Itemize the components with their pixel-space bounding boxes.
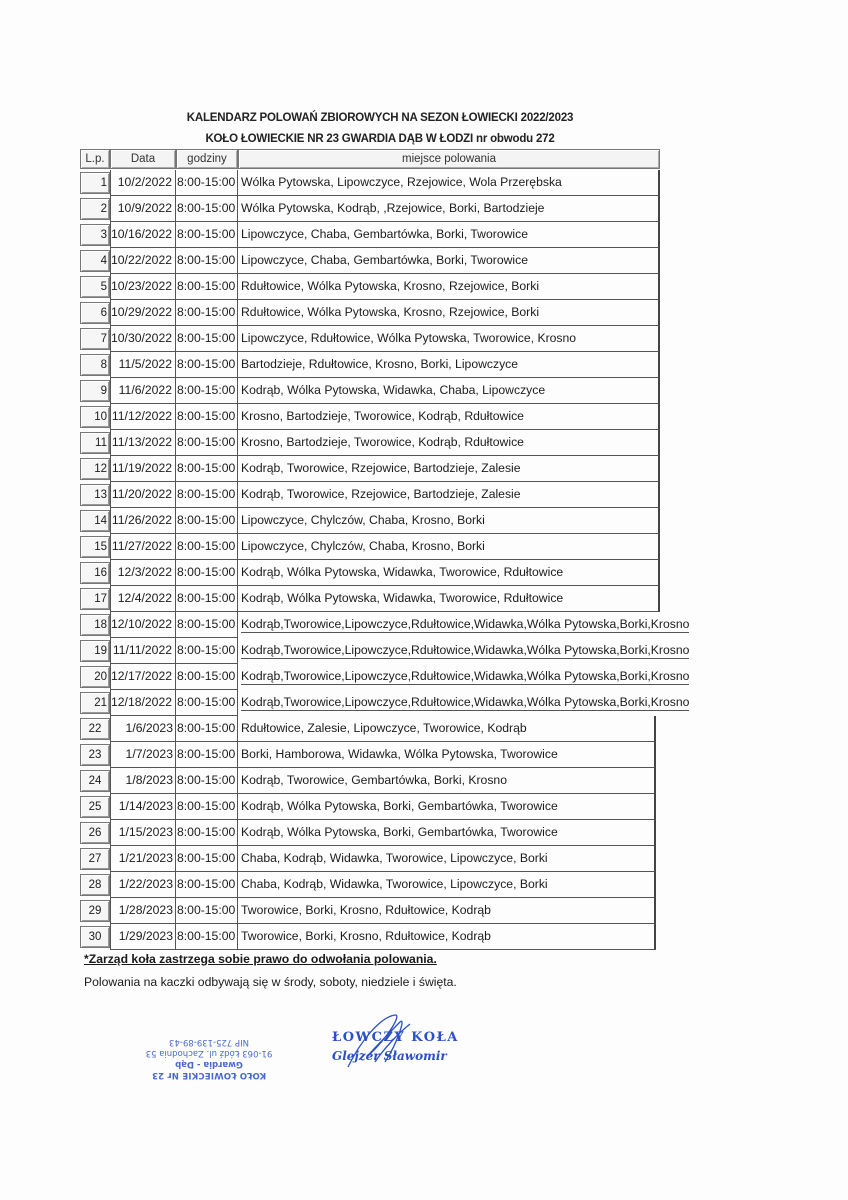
table-row: 1911/11/20228:00-15:00Kodrąb,Tworowice,L…	[80, 638, 678, 664]
signature-name: Glejzer Sławomir	[332, 1049, 459, 1063]
table-row: 811/5/20228:00-15:00Bartodzieje, Rdułtow…	[80, 352, 678, 378]
row-place: Kodrąb,Tworowice,Lipowczyce,Rdułtowice,W…	[238, 664, 678, 690]
table-row: 251/14/20238:00-15:00Kodrąb, Wólka Pytow…	[80, 794, 678, 820]
row-place: Chaba, Kodrąb, Widawka, Tworowice, Lipow…	[238, 872, 656, 898]
row-date: 12/18/2022	[110, 690, 176, 716]
document-page: KALENDARZ POLOWAŃ ZBIOROWYCH NA SEZON ŁO…	[0, 0, 848, 1200]
row-hours: 8:00-15:00	[176, 196, 238, 222]
table-row: 911/6/20228:00-15:00Kodrąb, Wólka Pytows…	[80, 378, 678, 404]
row-date: 11/11/2022	[110, 638, 176, 664]
row-place-text: Kodrąb,Tworowice,Lipowczyce,Rdułtowice,W…	[241, 669, 689, 685]
row-date: 10/23/2022	[110, 274, 176, 300]
table-row: 271/21/20238:00-15:00Chaba, Kodrąb, Wida…	[80, 846, 678, 872]
row-date: 11/19/2022	[110, 456, 176, 482]
row-number: 15	[80, 536, 110, 558]
table-row: 1111/13/20228:00-15:00Krosno, Bartodziej…	[80, 430, 678, 456]
row-hours: 8:00-15:00	[176, 924, 238, 950]
row-hours: 8:00-15:00	[176, 794, 238, 820]
row-number: 10	[80, 406, 110, 428]
signature-title: ŁOWCZY KOŁA	[332, 1030, 459, 1045]
table-row: 510/23/20228:00-15:00Rdułtowice, Wólka P…	[80, 274, 678, 300]
row-hours: 8:00-15:00	[176, 820, 238, 846]
club-stamp: KOŁO ŁOWIECKIE Nr 23 Gwardia - Dąb 91-06…	[134, 1036, 284, 1080]
table-row: 1511/27/20228:00-15:00Lipowczyce, Chylcz…	[80, 534, 678, 560]
row-place: Kodrąb,Tworowice,Lipowczyce,Rdułtowice,W…	[238, 638, 678, 664]
row-date: 11/12/2022	[110, 404, 176, 430]
row-hours: 8:00-15:00	[176, 586, 238, 612]
row-date: 1/28/2023	[110, 898, 176, 924]
row-number: 28	[80, 874, 110, 896]
row-place-text: Kodrąb,Tworowice,Lipowczyce,Rdułtowice,W…	[241, 695, 689, 711]
column-header-hours: godziny	[176, 149, 238, 169]
row-place: Kodrąb, Wólka Pytowska, Borki, Gembartów…	[238, 794, 656, 820]
row-place: Kodrąb,Tworowice,Lipowczyce,Rdułtowice,W…	[238, 612, 678, 638]
table-row: 291/28/20238:00-15:00Tworowice, Borki, K…	[80, 898, 678, 924]
row-place: Kodrąb, Wólka Pytowska, Widawka, Chaba, …	[238, 378, 660, 404]
row-number: 20	[80, 666, 110, 688]
row-date: 1/8/2023	[110, 768, 176, 794]
row-hours: 8:00-15:00	[176, 664, 238, 690]
row-place: Rdułtowice, Wólka Pytowska, Krosno, Rzej…	[238, 300, 660, 326]
row-place: Lipowczyce, Chaba, Gembartówka, Borki, T…	[238, 248, 660, 274]
table-row: 1812/10/20228:00-15:00Kodrąb,Tworowice,L…	[80, 612, 678, 638]
row-number: 26	[80, 822, 110, 844]
row-date: 1/14/2023	[110, 794, 176, 820]
row-number: 9	[80, 380, 110, 402]
table-row: 310/16/20228:00-15:00Lipowczyce, Chaba, …	[80, 222, 678, 248]
row-date: 10/2/2022	[110, 170, 176, 196]
row-number: 29	[80, 900, 110, 922]
row-number: 25	[80, 796, 110, 818]
row-place: Tworowice, Borki, Krosno, Rdułtowice, Ko…	[238, 898, 656, 924]
table-row: 710/30/20228:00-15:00Lipowczyce, Rdułtow…	[80, 326, 678, 352]
row-number: 30	[80, 926, 110, 948]
table-row: 1411/26/20228:00-15:00Lipowczyce, Chylcz…	[80, 508, 678, 534]
row-place: Kodrąb, Tworowice, Rzejowice, Bartodziej…	[238, 482, 660, 508]
row-hours: 8:00-15:00	[176, 300, 238, 326]
row-number: 18	[80, 614, 110, 636]
row-number: 8	[80, 354, 110, 376]
row-date: 1/21/2023	[110, 846, 176, 872]
row-hours: 8:00-15:00	[176, 872, 238, 898]
row-date: 11/5/2022	[110, 352, 176, 378]
row-place: Krosno, Bartodzieje, Tworowice, Kodrąb, …	[238, 430, 660, 456]
row-hours: 8:00-15:00	[176, 404, 238, 430]
row-date: 1/29/2023	[110, 924, 176, 950]
row-place: Wólka Pytowska, Lipowczyce, Rzejowice, W…	[238, 170, 660, 196]
row-date: 11/26/2022	[110, 508, 176, 534]
row-number: 16	[80, 562, 110, 584]
row-place: Bartodzieje, Rdułtowice, Krosno, Borki, …	[238, 352, 660, 378]
duck-hunting-note: Polowania na kaczki odbywają się w środy…	[84, 975, 457, 989]
column-header-date: Data	[110, 149, 176, 169]
row-number: 3	[80, 224, 110, 246]
row-date: 1/7/2023	[110, 742, 176, 768]
row-number: 6	[80, 302, 110, 324]
column-header-place: miejsce polowania	[238, 149, 660, 169]
table-row: 221/6/20238:00-15:00Rdułtowice, Zalesie,…	[80, 716, 678, 742]
row-place: Kodrąb,Tworowice,Lipowczyce,Rdułtowice,W…	[238, 690, 678, 716]
row-hours: 8:00-15:00	[176, 378, 238, 404]
row-hours: 8:00-15:00	[176, 846, 238, 872]
row-hours: 8:00-15:00	[176, 560, 238, 586]
row-date: 11/13/2022	[110, 430, 176, 456]
row-place: Rdułtowice, Zalesie, Lipowczyce, Tworowi…	[238, 716, 656, 742]
row-place: Kodrąb, Wólka Pytowska, Borki, Gembartów…	[238, 820, 656, 846]
row-date: 11/20/2022	[110, 482, 176, 508]
row-place: Rdułtowice, Wólka Pytowska, Krosno, Rzej…	[238, 274, 660, 300]
row-hours: 8:00-15:00	[176, 482, 238, 508]
row-hours: 8:00-15:00	[176, 716, 238, 742]
row-place: Tworowice, Borki, Krosno, Rdułtowice, Ko…	[238, 924, 656, 950]
row-date: 11/27/2022	[110, 534, 176, 560]
row-date: 10/22/2022	[110, 248, 176, 274]
row-number: 22	[80, 718, 110, 740]
table-body: 110/2/20228:00-15:00Wólka Pytowska, Lipo…	[80, 170, 678, 950]
row-place-text: Kodrąb,Tworowice,Lipowczyce,Rdułtowice,W…	[241, 617, 689, 633]
row-date: 10/9/2022	[110, 196, 176, 222]
row-hours: 8:00-15:00	[176, 742, 238, 768]
row-place: Lipowczyce, Rdułtowice, Wólka Pytowska, …	[238, 326, 660, 352]
row-place-text: Kodrąb,Tworowice,Lipowczyce,Rdułtowice,W…	[241, 643, 689, 659]
table-row: 301/29/20238:00-15:00Tworowice, Borki, K…	[80, 924, 678, 950]
table-row: 1712/4/20228:00-15:00Kodrąb, Wólka Pytow…	[80, 586, 678, 612]
table-row: 1011/12/20228:00-15:00Krosno, Bartodziej…	[80, 404, 678, 430]
row-hours: 8:00-15:00	[176, 352, 238, 378]
row-hours: 8:00-15:00	[176, 508, 238, 534]
table-row: 1211/19/20228:00-15:00Kodrąb, Tworowice,…	[80, 456, 678, 482]
table-row: 241/8/20238:00-15:00Kodrąb, Tworowice, G…	[80, 768, 678, 794]
row-number: 13	[80, 484, 110, 506]
row-hours: 8:00-15:00	[176, 456, 238, 482]
row-number: 11	[80, 432, 110, 454]
row-place: Borki, Hamborowa, Widawka, Wólka Pytowsk…	[238, 742, 656, 768]
table-row: 281/22/20238:00-15:00Chaba, Kodrąb, Wida…	[80, 872, 678, 898]
disclaimer-note: *Zarząd koła zastrzega sobie prawo do od…	[84, 952, 437, 966]
row-number: 21	[80, 692, 110, 714]
row-date: 12/3/2022	[110, 560, 176, 586]
row-number: 24	[80, 770, 110, 792]
row-number: 17	[80, 588, 110, 610]
table-row: 410/22/20228:00-15:00Lipowczyce, Chaba, …	[80, 248, 678, 274]
row-place: Lipowczyce, Chylczów, Chaba, Krosno, Bor…	[238, 508, 660, 534]
row-number: 1	[80, 172, 110, 194]
row-place: Kodrąb, Tworowice, Gembartówka, Borki, K…	[238, 768, 656, 794]
row-date: 1/15/2023	[110, 820, 176, 846]
row-number: 5	[80, 276, 110, 298]
row-number: 2	[80, 198, 110, 220]
row-place: Lipowczyce, Chylczów, Chaba, Krosno, Bor…	[238, 534, 660, 560]
row-date: 10/16/2022	[110, 222, 176, 248]
stamp-line-address: 91-063 Łódź ul. Zachodnia 53	[134, 1047, 284, 1058]
table-row: 610/29/20228:00-15:00Rdułtowice, Wólka P…	[80, 300, 678, 326]
table-row: 210/9/20228:00-15:00Wólka Pytowska, Kodr…	[80, 196, 678, 222]
table-row: 2112/18/20228:00-15:00Kodrąb,Tworowice,L…	[80, 690, 678, 716]
document-subtitle: KOŁO ŁOWIECKIE NR 23 GWARDIA DĄB W ŁODZI…	[80, 133, 680, 145]
row-number: 7	[80, 328, 110, 350]
hunting-calendar-table: L.p. Data godziny miejsce polowania 110/…	[80, 148, 678, 950]
row-place: Kodrąb, Wólka Pytowska, Widawka, Tworowi…	[238, 560, 660, 586]
table-row: 1612/3/20228:00-15:00Kodrąb, Wólka Pytow…	[80, 560, 678, 586]
row-number: 4	[80, 250, 110, 272]
row-number: 23	[80, 744, 110, 766]
row-hours: 8:00-15:00	[176, 326, 238, 352]
row-hours: 8:00-15:00	[176, 170, 238, 196]
table-row: 2012/17/20228:00-15:00Kodrąb,Tworowice,L…	[80, 664, 678, 690]
stamp-line-name: Gwardia - Dąb	[134, 1058, 284, 1069]
row-number: 27	[80, 848, 110, 870]
row-hours: 8:00-15:00	[176, 534, 238, 560]
row-number: 12	[80, 458, 110, 480]
row-hours: 8:00-15:00	[176, 430, 238, 456]
row-place: Kodrąb, Wólka Pytowska, Widawka, Tworowi…	[238, 586, 660, 612]
signature-block: ŁOWCZY KOŁA Glejzer Sławomir	[332, 1030, 459, 1063]
row-place: Wólka Pytowska, Kodrąb, ,Rzejowice, Bork…	[238, 196, 660, 222]
row-hours: 8:00-15:00	[176, 690, 238, 716]
stamp-line-nip: NIP 725-139-89-43	[134, 1036, 284, 1047]
row-hours: 8:00-15:00	[176, 248, 238, 274]
table-row: 1311/20/20228:00-15:00Kodrąb, Tworowice,…	[80, 482, 678, 508]
table-row: 231/7/20238:00-15:00Borki, Hamborowa, Wi…	[80, 742, 678, 768]
row-date: 11/6/2022	[110, 378, 176, 404]
row-place: Kodrąb, Tworowice, Rzejowice, Bartodziej…	[238, 456, 660, 482]
row-date: 12/17/2022	[110, 664, 176, 690]
row-hours: 8:00-15:00	[176, 768, 238, 794]
row-date: 1/22/2023	[110, 872, 176, 898]
row-place: Chaba, Kodrąb, Widawka, Tworowice, Lipow…	[238, 846, 656, 872]
row-hours: 8:00-15:00	[176, 638, 238, 664]
row-hours: 8:00-15:00	[176, 274, 238, 300]
row-date: 1/6/2023	[110, 716, 176, 742]
row-date: 10/30/2022	[110, 326, 176, 352]
row-number: 14	[80, 510, 110, 532]
row-hours: 8:00-15:00	[176, 612, 238, 638]
row-hours: 8:00-15:00	[176, 898, 238, 924]
stamp-line-club: KOŁO ŁOWIECKIE Nr 23	[134, 1069, 284, 1080]
row-hours: 8:00-15:00	[176, 222, 238, 248]
row-date: 12/10/2022	[110, 612, 176, 638]
row-place: Krosno, Bartodzieje, Tworowice, Kodrąb, …	[238, 404, 660, 430]
document-title: KALENDARZ POLOWAŃ ZBIOROWYCH NA SEZON ŁO…	[80, 112, 680, 124]
table-header-row: L.p. Data godziny miejsce polowania	[80, 148, 678, 170]
table-row: 110/2/20228:00-15:00Wólka Pytowska, Lipo…	[80, 170, 678, 196]
column-header-lp: L.p.	[80, 149, 110, 169]
row-date: 10/29/2022	[110, 300, 176, 326]
row-number: 19	[80, 640, 110, 662]
row-place: Lipowczyce, Chaba, Gembartówka, Borki, T…	[238, 222, 660, 248]
table-row: 261/15/20238:00-15:00Kodrąb, Wólka Pytow…	[80, 820, 678, 846]
row-date: 12/4/2022	[110, 586, 176, 612]
